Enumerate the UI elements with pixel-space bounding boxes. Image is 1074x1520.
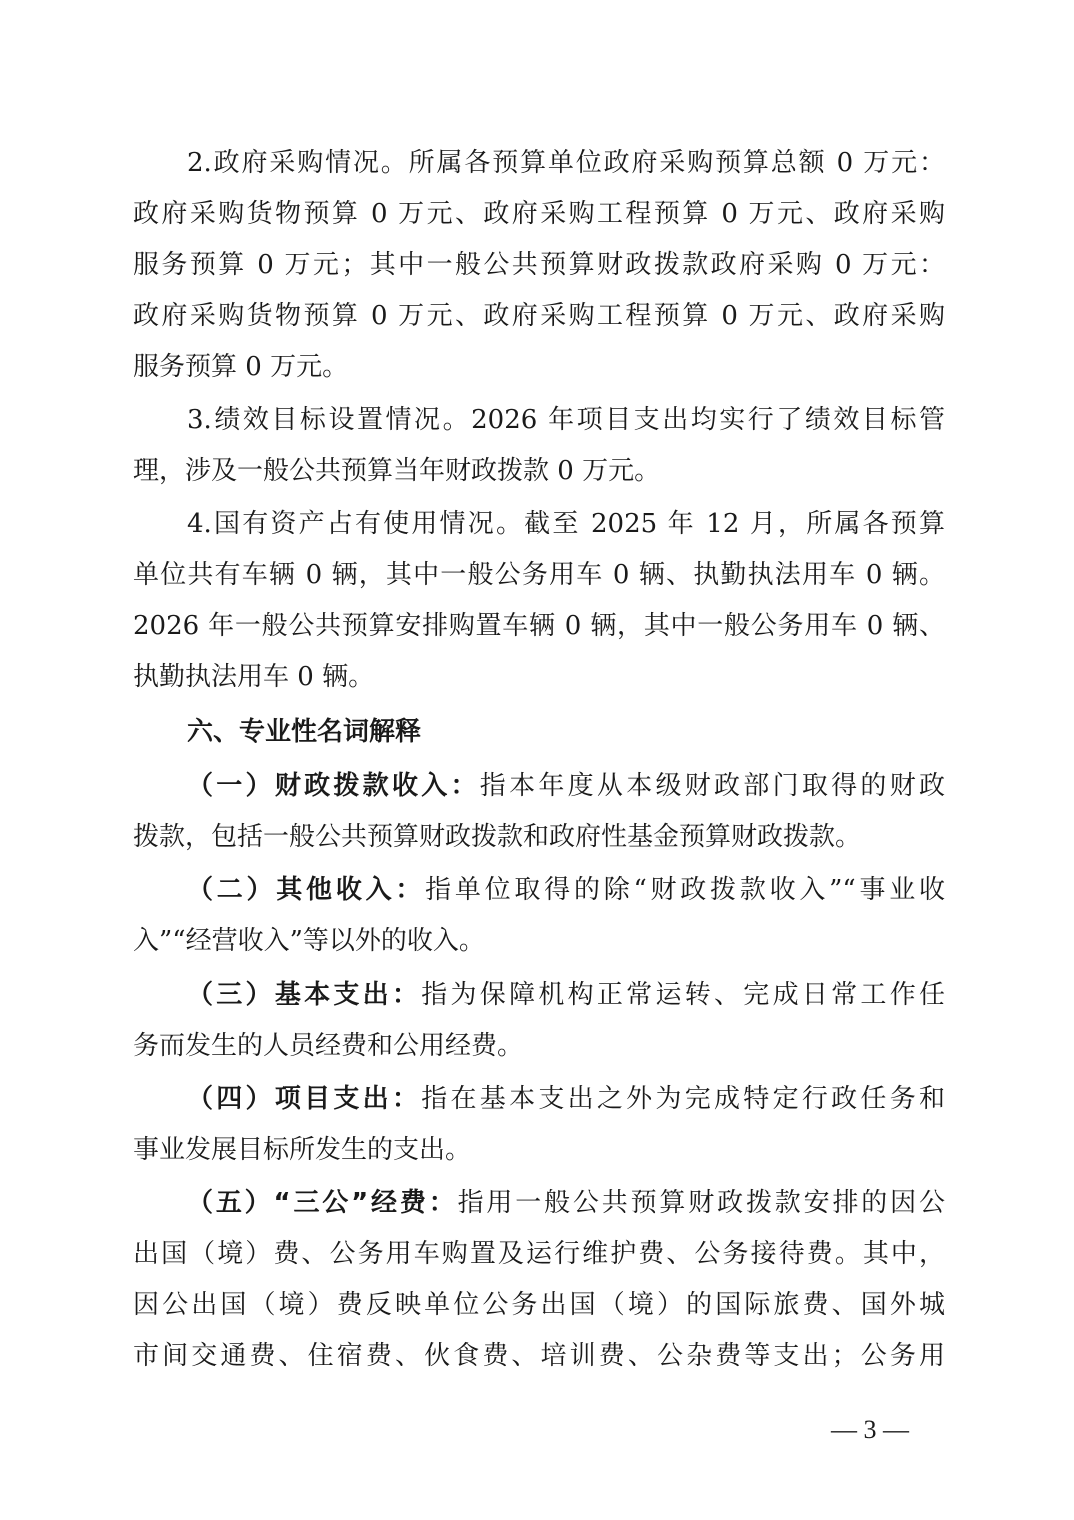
def3-line-1: （三）基本支出：指为保障机构正常运转、完成日常工作任: [187, 975, 945, 1015]
item2-line-2: 政府采购货物预算 0 万元、政府采购工程预算 0 万元、政府采购: [133, 194, 945, 234]
def4-term: （四）项目支出：: [187, 1084, 421, 1114]
item2-line-1: 2.政府采购情况。所属各预算单位政府采购预算总额 0 万元：: [187, 143, 945, 183]
def5-line-1: （五）“三公”经费：指用一般公共预算财政拨款安排的因公: [187, 1183, 945, 1223]
page-number: — 3 —: [820, 1410, 920, 1450]
def4-text: 指在基本支出之外为完成特定行政任务和: [421, 1084, 945, 1114]
item3-line-2: 理，涉及一般公共预算当年财政拨款 0 万元。: [133, 451, 945, 491]
def3-text: 指为保障机构正常运转、完成日常工作任: [421, 980, 945, 1010]
item4-line-3: 2026 年一般公共预算安排购置车辆 0 辆，其中一般公务用车 0 辆、: [133, 606, 945, 646]
item4-line-2: 单位共有车辆 0 辆，其中一般公务用车 0 辆、执勤执法用车 0 辆。: [133, 555, 945, 595]
item2-line-3: 服务预算 0 万元；其中一般公共预算财政拨款政府采购 0 万元：: [133, 245, 945, 285]
document-page: 2.政府采购情况。所属各预算单位政府采购预算总额 0 万元： 政府采购货物预算 …: [0, 0, 1074, 1520]
def1-term: （一）财政拨款收入：: [187, 771, 480, 801]
def2-line-1: （二）其他收入：指单位取得的除“财政拨款收入”“事业收: [187, 870, 945, 910]
def1-line-2: 拨款，包括一般公共预算财政拨款和政府性基金预算财政拨款。: [133, 817, 945, 857]
item2-line-4: 政府采购货物预算 0 万元、政府采购工程预算 0 万元、政府采购: [133, 296, 945, 336]
def2-text: 指单位取得的除“财政拨款收入”“事业收: [425, 875, 945, 905]
item4-line-4: 执勤执法用车 0 辆。: [133, 657, 945, 697]
def5-line-3: 因公出国（境）费反映单位公务出国（境）的国际旅费、国外城: [133, 1285, 945, 1325]
def4-line-2: 事业发展目标所发生的支出。: [133, 1130, 945, 1170]
def1-text: 指本年度从本级财政部门取得的财政: [480, 771, 945, 801]
def5-line-4: 市间交通费、住宿费、伙食费、培训费、公杂费等支出；公务用: [133, 1336, 945, 1376]
def5-line-2: 出国（境）费、公务用车购置及运行维护费、公务接待费。其中，: [133, 1234, 945, 1274]
item4-line-1: 4.国有资产占有使用情况。截至 2025 年 12 月，所属各预算: [187, 504, 945, 544]
def1-line-1: （一）财政拨款收入：指本年度从本级财政部门取得的财政: [187, 766, 945, 806]
def3-term: （三）基本支出：: [187, 980, 421, 1010]
def2-term: （二）其他收入：: [187, 875, 425, 905]
def5-text: 指用一般公共预算财政拨款安排的因公: [458, 1188, 945, 1218]
item2-line-5: 服务预算 0 万元。: [133, 347, 945, 387]
def4-line-1: （四）项目支出：指在基本支出之外为完成特定行政任务和: [187, 1079, 945, 1119]
item3-line-1: 3.绩效目标设置情况。2026 年项目支出均实行了绩效目标管: [187, 400, 945, 440]
def5-term: （五）“三公”经费：: [187, 1188, 458, 1218]
def3-line-2: 务而发生的人员经费和公用经费。: [133, 1026, 945, 1066]
def2-line-2: 入”“经营收入”等以外的收入。: [133, 921, 945, 961]
section-heading: 六、专业性名词解释: [187, 712, 945, 752]
